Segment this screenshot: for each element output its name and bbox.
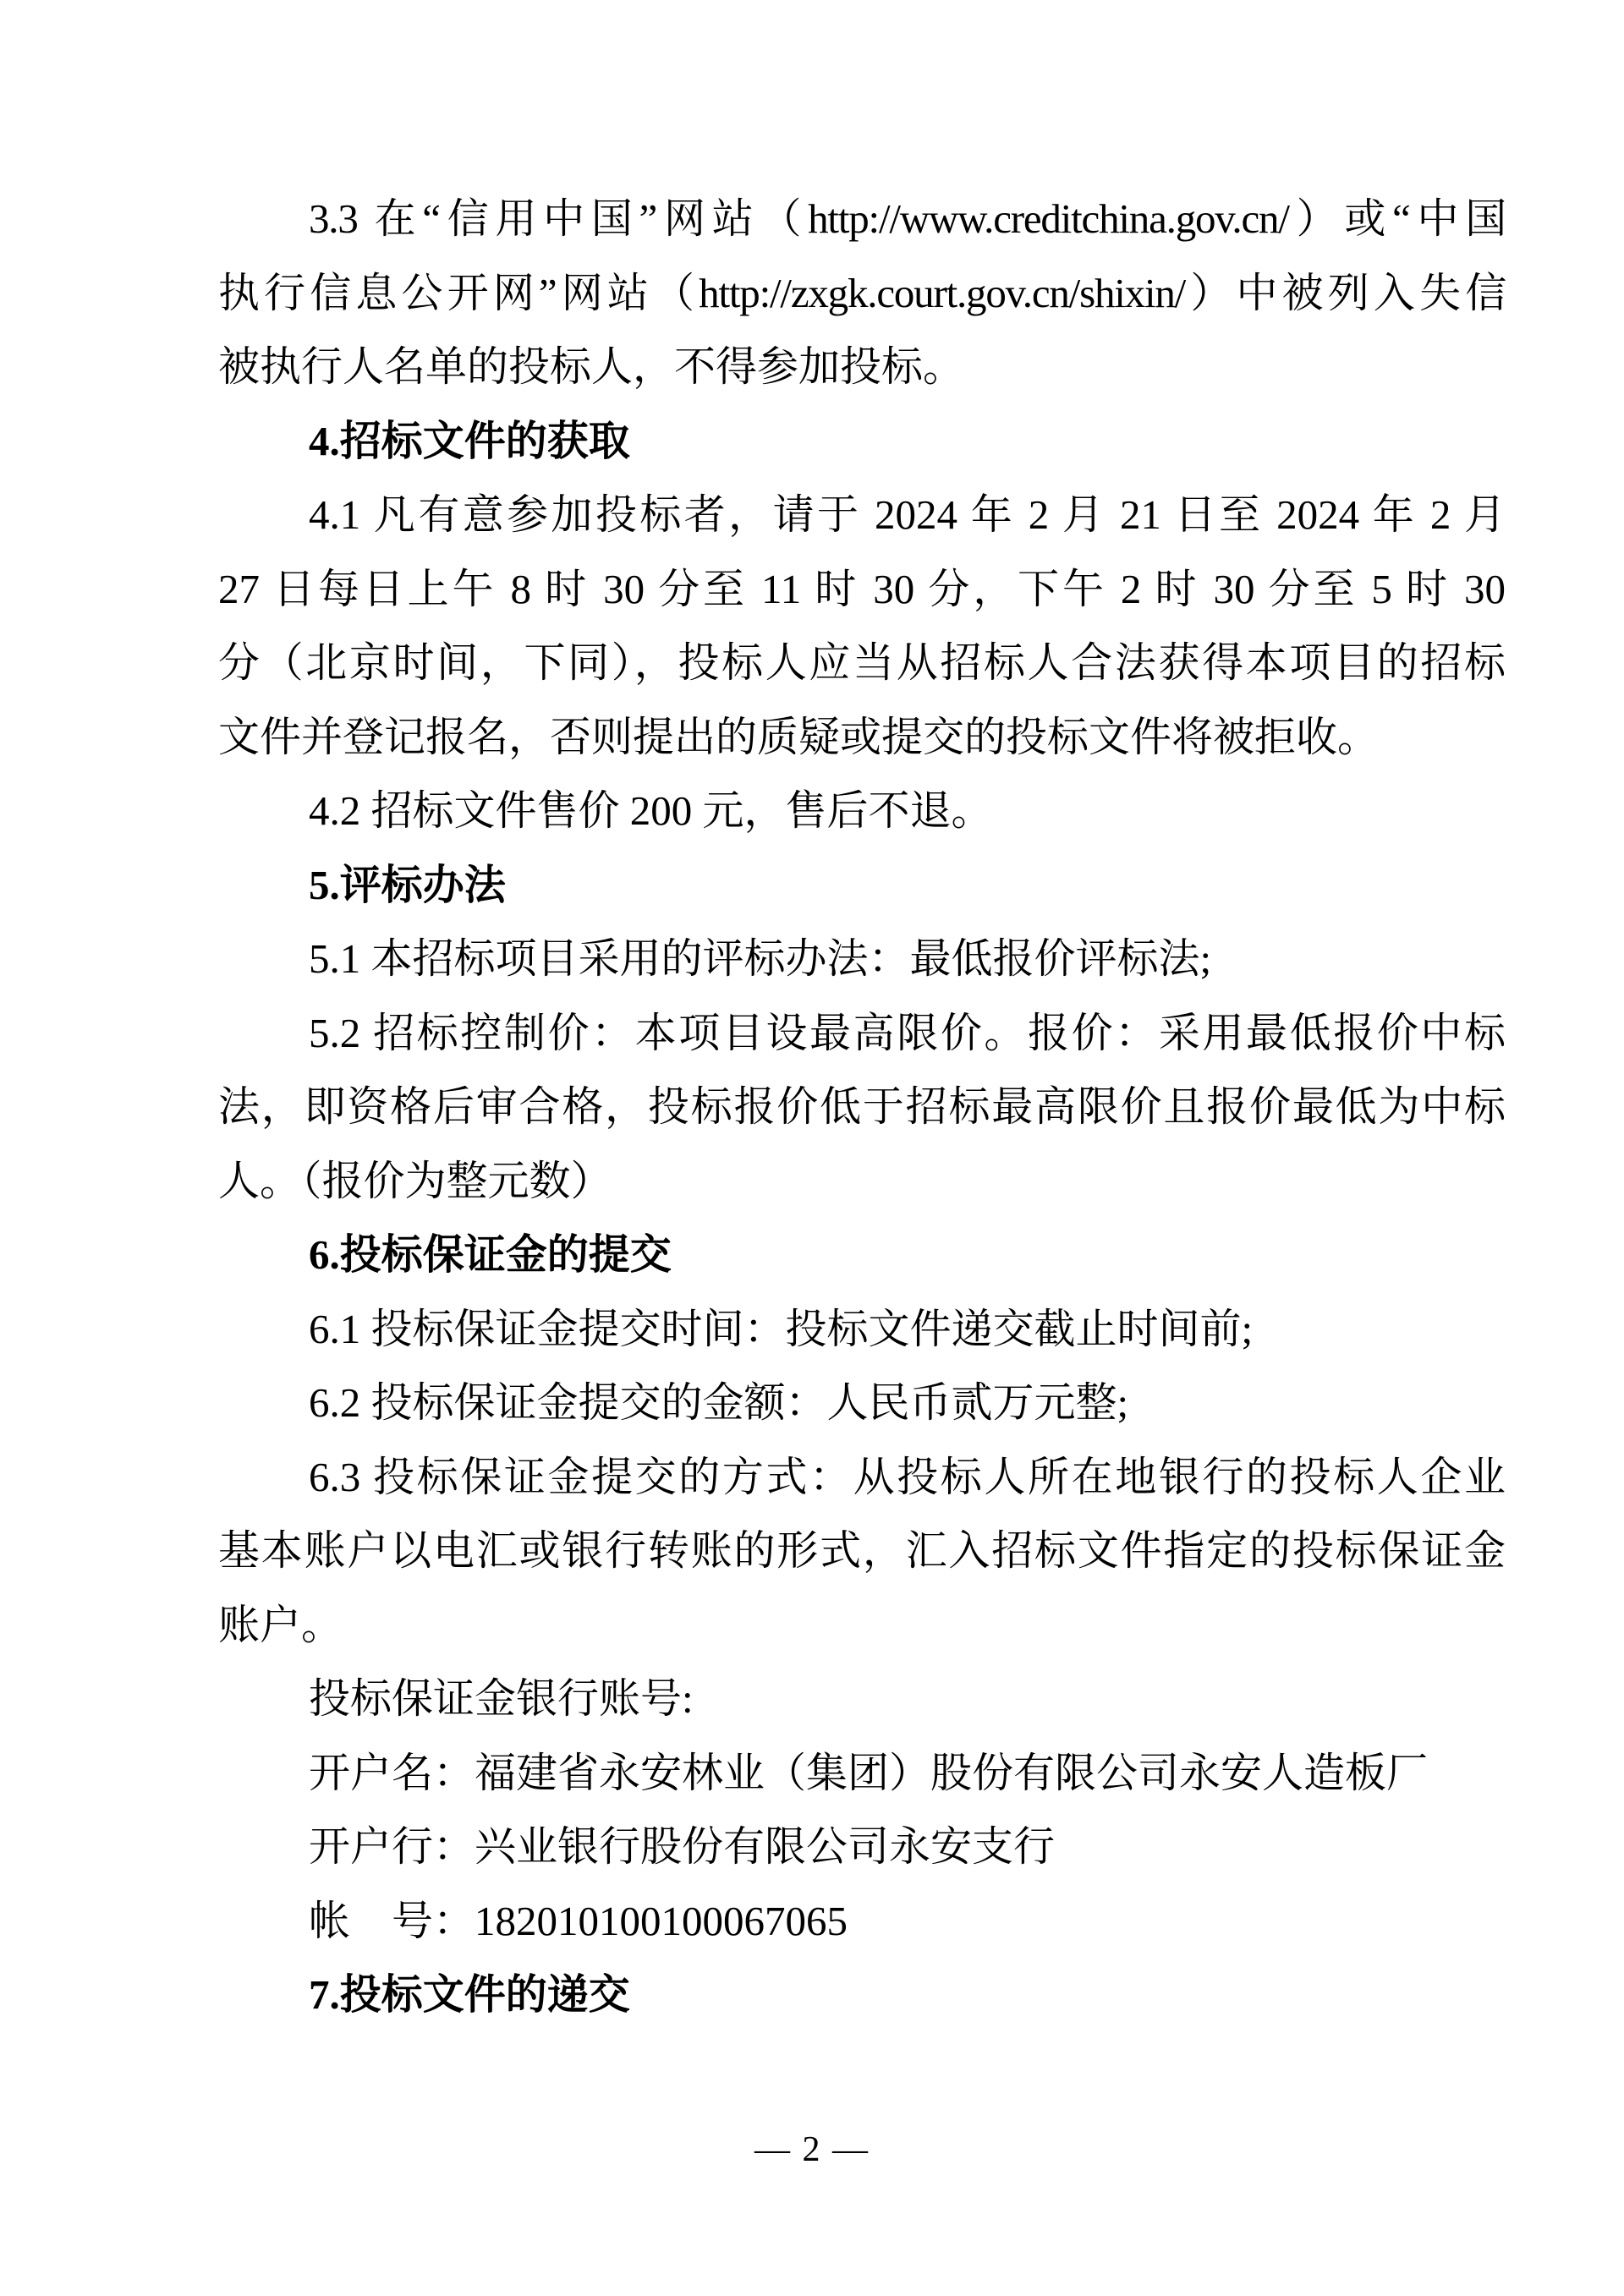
text-line-3-3-a: 3.3 在“信用中国”网站（http://www.creditchina.gov…	[218, 182, 1506, 256]
section-heading-7: 7.投标文件的递交	[218, 1958, 1506, 2032]
text-line-4-1-d: 文件并登记报名，否则提出的质疑或提交的投标文件将被拒收。	[218, 700, 1506, 775]
text-line-5-2-a: 5.2 招标控制价：本项目设最高限价。报价：采用最低报价中标	[218, 996, 1506, 1071]
text-line-5-1: 5.1 本招标项目采用的评标办法：最低报价评标法;	[218, 922, 1506, 996]
text-line-4-2: 4.2 招标文件售价 200 元，售后不退。	[218, 774, 1506, 848]
document-page: 3.3 在“信用中国”网站（http://www.creditchina.gov…	[0, 0, 1624, 2296]
text-line-5-2-b: 法，即资格后审合格，投标报价低于招标最高限价且报价最低为中标	[218, 1070, 1506, 1144]
text-line-6-3-c: 账户。	[218, 1588, 1506, 1663]
text-line-6-1: 6.1 投标保证金提交时间：投标文件递交截止时间前;	[218, 1292, 1506, 1367]
section-heading-6: 6.投标保证金的提交	[218, 1218, 1506, 1292]
document-body: 3.3 在“信用中国”网站（http://www.creditchina.gov…	[218, 182, 1506, 2032]
page-number-footer: — 2 —	[0, 2124, 1624, 2175]
text-line-5-2-c: 人。（报价为整元数）	[218, 1144, 1506, 1219]
text-line-bank-title: 投标保证金银行账号:	[218, 1662, 1506, 1736]
text-line-4-1-a: 4.1 凡有意参加投标者，请于 2024 年 2 月 21 日至 2024 年 …	[218, 478, 1506, 552]
text-line-6-3-b: 基本账户以电汇或银行转账的形式，汇入招标文件指定的投标保证金	[218, 1514, 1506, 1588]
text-line-3-3-c: 被执行人名单的投标人，不得参加投标。	[218, 330, 1506, 404]
section-heading-5: 5.评标办法	[218, 848, 1506, 923]
text-line-6-2: 6.2 投标保证金提交的金额：人民币贰万元整;	[218, 1366, 1506, 1440]
section-heading-4: 4.招标文件的获取	[218, 404, 1506, 479]
text-line-4-1-b: 27 日每日上午 8 时 30 分至 11 时 30 分，下午 2 时 30 分…	[218, 552, 1506, 627]
text-line-bank-branch: 开户行：兴业银行股份有限公司永安支行	[218, 1810, 1506, 1884]
text-line-6-3-a: 6.3 投标保证金提交的方式：从投标人所在地银行的投标人企业	[218, 1440, 1506, 1515]
text-line-account-name: 开户名：福建省永安林业（集团）股份有限公司永安人造板厂	[218, 1736, 1506, 1811]
text-line-4-1-c: 分（北京时间，下同），投标人应当从招标人合法获得本项目的招标	[218, 626, 1506, 700]
text-line-account-number: 帐 号：182010100100067065	[218, 1884, 1506, 1959]
text-line-3-3-b: 执行信息公开网”网站（http://zxgk.court.gov.cn/shix…	[218, 256, 1506, 331]
